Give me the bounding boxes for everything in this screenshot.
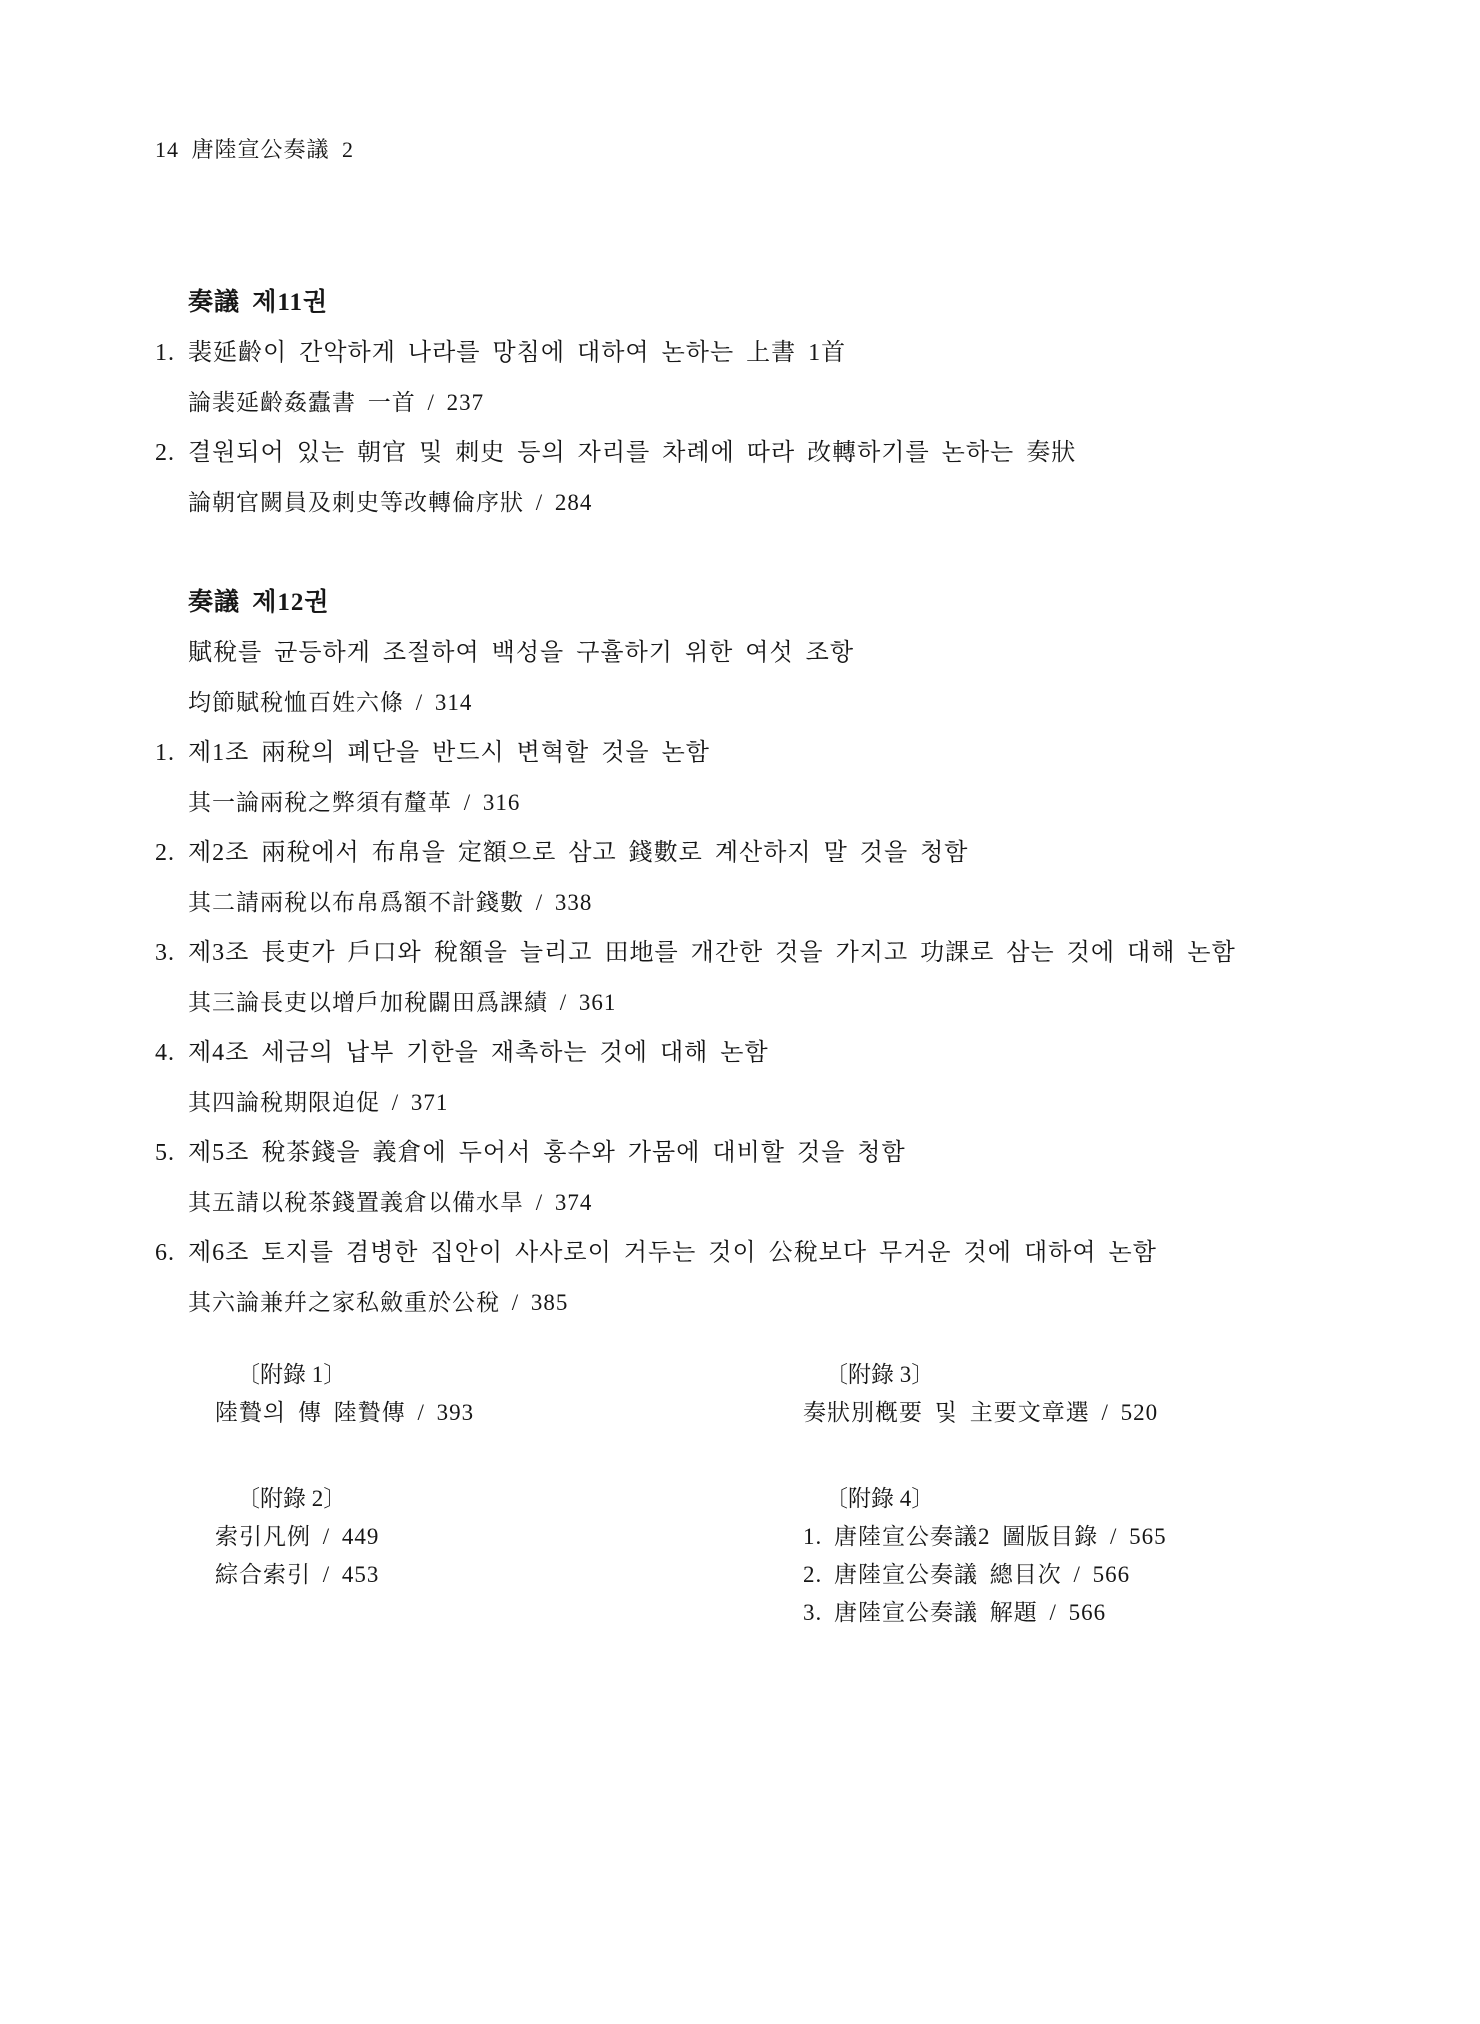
- appendix-4-entry: 3. 唐陸宣公奏議 解題 / 566: [803, 1594, 1403, 1632]
- item-korean-title: 결원되어 있는 朝官 및 刺史 등의 자리를 차례에 따라 改轉하기를 논하는 …: [188, 440, 1076, 466]
- item-number: 4.: [155, 1028, 188, 1078]
- toc-page: 14 唐陸宣公奏議 2 奏議 제11권 1.裴延齡이 간악하게 나라를 망침에 …: [0, 0, 1480, 2024]
- item-korean-title: 제4조 세금의 납부 기한을 재촉하는 것에 대해 논함: [188, 1040, 769, 1066]
- appendix-4-entry: 1. 唐陸宣公奏議2 圖版目錄 / 565: [803, 1518, 1403, 1556]
- appendix-3-entry: 奏狀別槪要 및 主要文章選 / 520: [803, 1394, 1403, 1432]
- item-hanja-title: 其五請以稅茶錢置義倉以備水旱 / 374: [155, 1178, 1480, 1228]
- item-hanja-title: 論朝官闕員及刺史等改轉倫序狀 / 284: [155, 478, 1480, 528]
- item-korean-title: 裴延齡이 간악하게 나라를 망침에 대하여 논하는 上書 1首: [188, 340, 846, 366]
- item-korean-title: 제2조 兩稅에서 布帛을 定額으로 삼고 錢數로 계산하지 말 것을 청함: [188, 840, 969, 866]
- item-number: 2.: [155, 828, 188, 878]
- item-hanja-title: 其三論長吏以增戶加稅闢田爲課績 / 361: [155, 978, 1480, 1028]
- item-hanja-title: 其六論兼幷之家私斂重於公稅 / 385: [155, 1278, 1480, 1328]
- item-number: 1.: [155, 328, 188, 378]
- appendix-2-title: 〔附錄 2〕: [215, 1480, 803, 1518]
- running-header: 14 唐陸宣公奏議 2: [155, 0, 1480, 164]
- toc-item: 3.제3조 長吏가 戶口와 稅額을 늘리고 田地를 개간한 것을 가지고 功課로…: [155, 928, 1480, 978]
- toc-item: 5.제5조 稅茶錢을 義倉에 두어서 홍수와 가뭄에 대비할 것을 청함: [155, 1128, 1480, 1178]
- item-number: 5.: [155, 1128, 188, 1178]
- appendix-4-entry: 2. 唐陸宣公奏議 總目次 / 566: [803, 1556, 1403, 1594]
- appendix-3-title: 〔附錄 3〕: [803, 1356, 1403, 1394]
- appendix-1-entry: 陸贄의 傳 陸贄傳 / 393: [215, 1394, 803, 1432]
- appendix-2-entry: 索引凡例 / 449: [215, 1518, 803, 1556]
- appendix-column-left: 〔附錄 1〕 陸贄의 傳 陸贄傳 / 393 〔附錄 2〕 索引凡例 / 449…: [215, 1356, 803, 1632]
- section-title-vol11: 奏議 제11권: [155, 278, 1480, 328]
- section-title-vol12: 奏議 제12권: [155, 578, 1480, 628]
- toc-item: 1.裴延齡이 간악하게 나라를 망침에 대하여 논하는 上書 1首: [155, 328, 1480, 378]
- item-number: 1.: [155, 728, 188, 778]
- toc-item: 4.제4조 세금의 납부 기한을 재촉하는 것에 대해 논함: [155, 1028, 1480, 1078]
- appendix-block: 〔附錄 1〕 陸贄의 傳 陸贄傳 / 393 〔附錄 2〕 索引凡例 / 449…: [0, 1356, 1480, 1632]
- toc-item: 2.제2조 兩稅에서 布帛을 定額으로 삼고 錢數로 계산하지 말 것을 청함: [155, 828, 1480, 878]
- appendix-1-title: 〔附錄 1〕: [215, 1356, 803, 1394]
- toc-item: 2.결원되어 있는 朝官 및 刺史 등의 자리를 차례에 따라 改轉하기를 논하…: [155, 428, 1480, 478]
- table-of-contents: 奏議 제11권 1.裴延齡이 간악하게 나라를 망침에 대하여 논하는 上書 1…: [155, 278, 1480, 1328]
- item-hanja-title: 其一論兩稅之弊須有釐革 / 316: [155, 778, 1480, 828]
- appendix-2-entry: 綜合索引 / 453: [215, 1556, 803, 1594]
- appendix-4-title: 〔附錄 4〕: [803, 1480, 1403, 1518]
- toc-item: 1.제1조 兩稅의 폐단을 반드시 변혁할 것을 논함: [155, 728, 1480, 778]
- item-korean-title: 제5조 稅茶錢을 義倉에 두어서 홍수와 가뭄에 대비할 것을 청함: [188, 1140, 906, 1166]
- appendix-column-right: 〔附錄 3〕 奏狀別槪要 및 主要文章選 / 520 〔附錄 4〕 1. 唐陸宣…: [803, 1356, 1403, 1632]
- item-number: 3.: [155, 928, 188, 978]
- item-korean-title: 제1조 兩稅의 폐단을 반드시 변혁할 것을 논함: [188, 740, 710, 766]
- item-number: 2.: [155, 428, 188, 478]
- item-number: 6.: [155, 1228, 188, 1278]
- item-hanja-title: 論裴延齡姦蠹書 一首 / 237: [155, 378, 1480, 428]
- item-korean-title: 제3조 長吏가 戶口와 稅額을 늘리고 田地를 개간한 것을 가지고 功課로 삼…: [188, 940, 1236, 966]
- section-intro-hanja: 均節賦稅恤百姓六條 / 314: [155, 678, 1480, 728]
- item-korean-title: 제6조 토지를 겸병한 집안이 사사로이 거두는 것이 公稅보다 무거운 것에 …: [188, 1240, 1157, 1266]
- item-hanja-title: 其四論稅期限迫促 / 371: [155, 1078, 1480, 1128]
- item-hanja-title: 其二請兩稅以布帛爲額不計錢數 / 338: [155, 878, 1480, 928]
- toc-item: 6.제6조 토지를 겸병한 집안이 사사로이 거두는 것이 公稅보다 무거운 것…: [155, 1228, 1480, 1278]
- section-intro-korean: 賦稅를 균등하게 조절하여 백성을 구휼하기 위한 여섯 조항: [155, 628, 1480, 678]
